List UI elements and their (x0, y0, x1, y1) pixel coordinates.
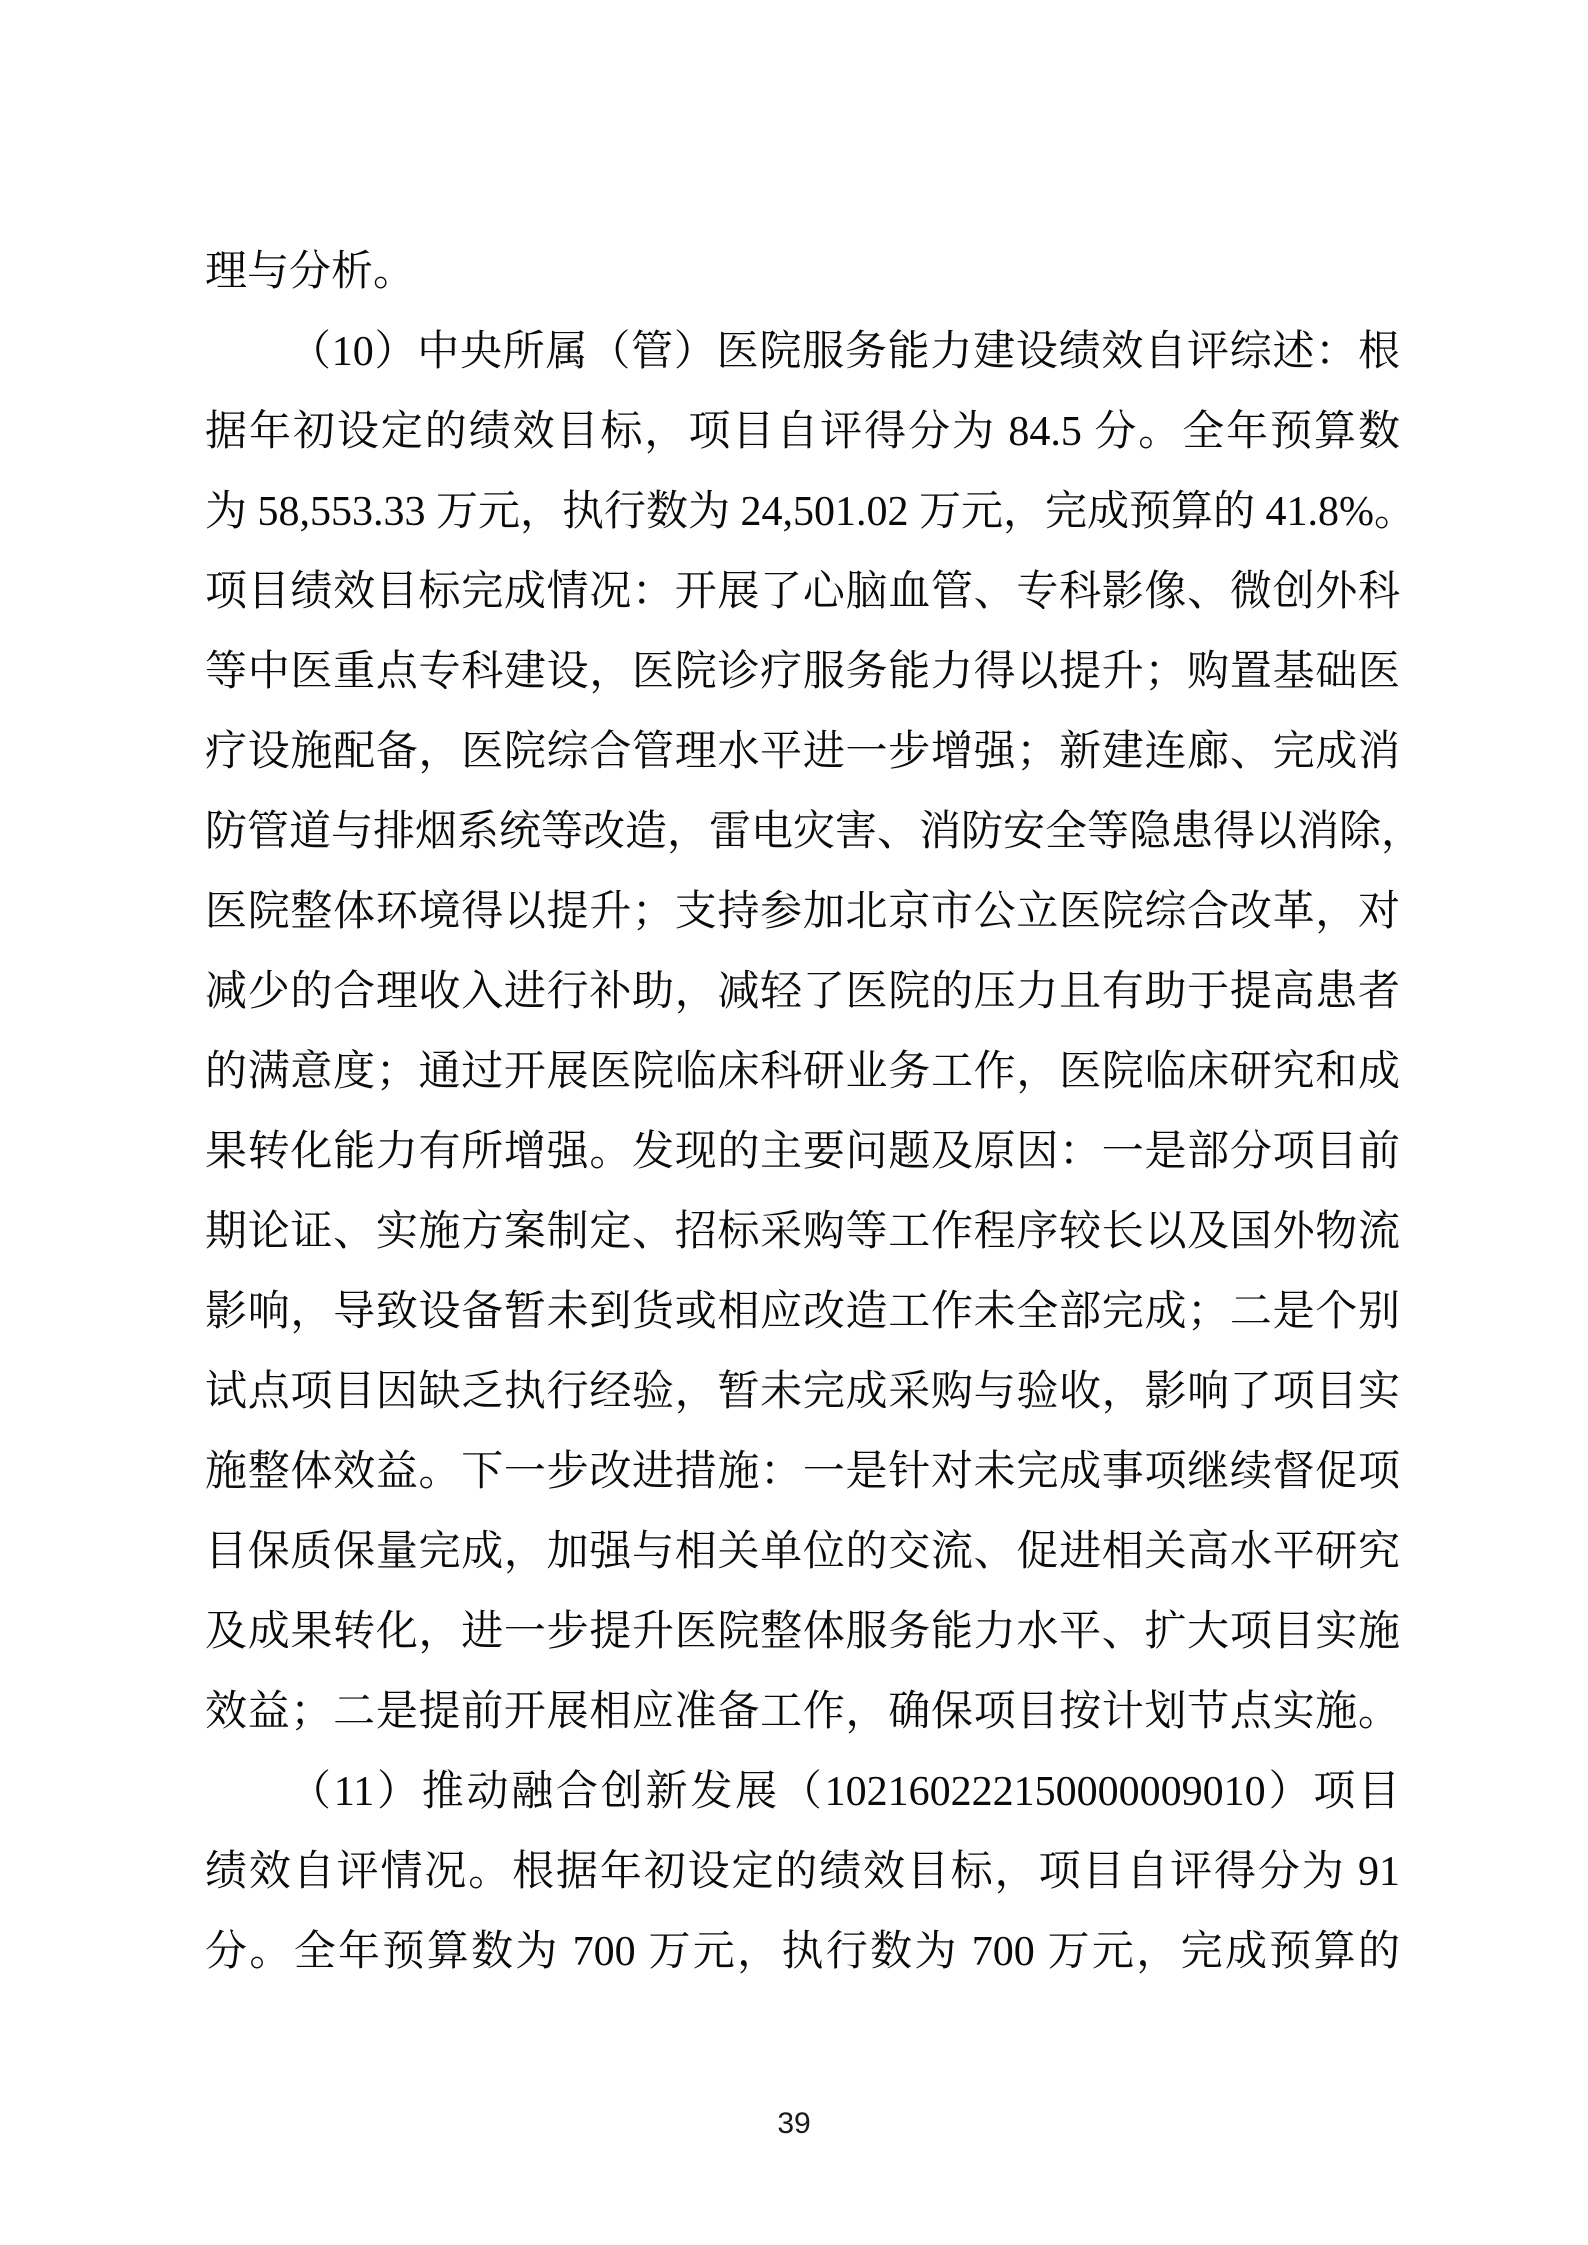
text-line: 施整体效益。下一步改进措施：一是针对未完成事项继续督促项 (205, 1432, 1400, 1512)
text-line: 绩效自评情况。根据年初设定的绩效目标，项目自评得分为 91 (205, 1832, 1400, 1912)
text-line: 医院整体环境得以提升；支持参加北京市公立医院综合改革，对 (205, 872, 1400, 952)
text-line: 减少的合理收入进行补助，减轻了医院的压力且有助于提高患者 (205, 952, 1400, 1032)
text-line: 期论证、实施方案制定、招标采购等工作程序较长以及国外物流 (205, 1192, 1400, 1272)
document-body: 理与分析。（10）中央所属（管）医院服务能力建设绩效自评综述：根据年初设定的绩效… (205, 232, 1400, 1992)
text-line: （10）中央所属（管）医院服务能力建设绩效自评综述：根 (205, 312, 1400, 392)
text-line: 据年初设定的绩效目标，项目自评得分为 84.5 分。全年预算数 (205, 392, 1400, 472)
text-line: 理与分析。 (205, 232, 1400, 312)
text-line: 防管道与排烟系统等改造，雷电灾害、消防安全等隐患得以消除， (205, 792, 1400, 872)
document-page: 理与分析。（10）中央所属（管）医院服务能力建设绩效自评综述：根据年初设定的绩效… (0, 0, 1588, 2245)
text-line: 分。全年预算数为 700 万元，执行数为 700 万元，完成预算的 (205, 1912, 1400, 1992)
text-line: （11）推动融合创新发展（102160222150000009010）项目 (205, 1752, 1400, 1832)
text-line: 目保质保量完成，加强与相关单位的交流、促进相关高水平研究 (205, 1512, 1400, 1592)
text-line: 试点项目因缺乏执行经验，暂未完成采购与验收，影响了项目实 (205, 1352, 1400, 1432)
text-line: 效益；二是提前开展相应准备工作，确保项目按计划节点实施。 (205, 1672, 1400, 1752)
text-line: 项目绩效目标完成情况：开展了心脑血管、专科影像、微创外科 (205, 552, 1400, 632)
page-number: 39 (0, 2106, 1588, 2142)
text-line: 果转化能力有所增强。发现的主要问题及原因：一是部分项目前 (205, 1112, 1400, 1192)
text-line: 及成果转化，进一步提升医院整体服务能力水平、扩大项目实施 (205, 1592, 1400, 1672)
text-line: 等中医重点专科建设，医院诊疗服务能力得以提升；购置基础医 (205, 632, 1400, 712)
text-line: 影响，导致设备暂未到货或相应改造工作未全部完成；二是个别 (205, 1272, 1400, 1352)
text-line: 为 58,553.33 万元，执行数为 24,501.02 万元，完成预算的 4… (205, 472, 1400, 552)
text-line: 疗设施配备，医院综合管理水平进一步增强；新建连廊、完成消 (205, 712, 1400, 792)
text-line: 的满意度；通过开展医院临床科研业务工作，医院临床研究和成 (205, 1032, 1400, 1112)
